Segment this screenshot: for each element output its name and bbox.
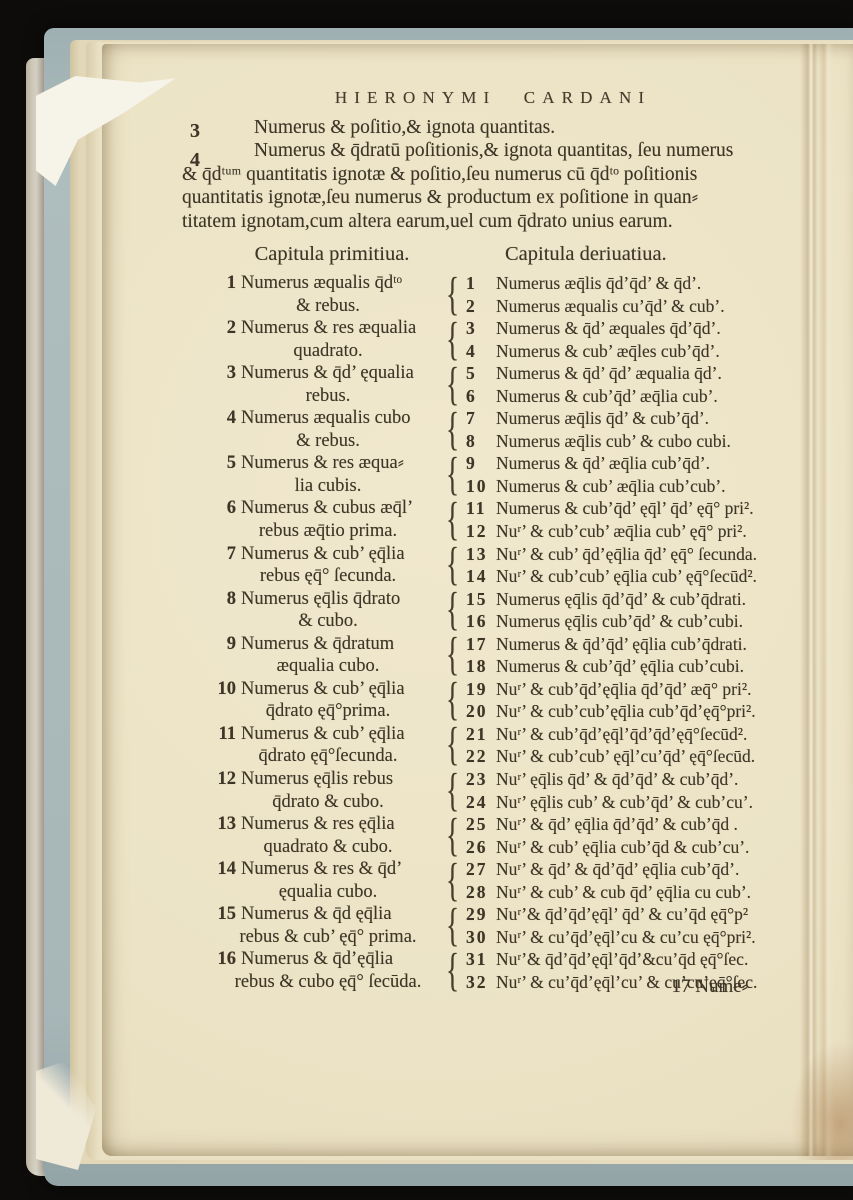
entry-number: 27 xyxy=(466,858,496,881)
entry-number: 2 xyxy=(466,295,496,318)
entry-text: Nuʳ’& q̄d’q̄d’ęq̄l’ q̄d’ & cu’q̄d ęq̄°p² xyxy=(496,904,748,924)
entry-number: 1 xyxy=(466,272,496,295)
entry-text: Numerus & cub’ ęq̄lia xyxy=(241,724,405,744)
intro-line: titatem ignotam,cum altera earum,uel cum… xyxy=(182,210,830,233)
catchword: 17 Nume⸗ xyxy=(460,976,748,998)
entry-number: 14 xyxy=(466,565,496,588)
intro-line: Numerus & poſitio,& ignota quantitas. xyxy=(182,116,830,139)
brace-icon: { xyxy=(446,767,459,813)
entry-text: Numerus æqualis cubo xyxy=(241,408,411,428)
entry-text: Numerus & res æqualia xyxy=(241,318,416,338)
entry-text: Numerus æq̄lis cub’ & cubo cubi. xyxy=(496,431,731,451)
capitula-pair-row: 10Numerus & cub’ ęq̄liaq̄drato ęq̄°prima… xyxy=(214,678,836,723)
derivative-chapter-entries: 21Nuʳ’ & cub’q̄d’ęq̄l’q̄d’q̄d’ęq̄°ſecūd²… xyxy=(466,723,836,768)
derivative-chapter-entry: 17Numerus & q̄d’q̄d’ ęq̄lia cub’q̄drati. xyxy=(466,633,836,656)
derivative-chapter-entry: 7Numerus æq̄lis q̄d’ & cub’q̄d’. xyxy=(466,407,836,430)
capitula-pair-row: 12Numerus ęq̄lis rebusq̄drato & cubo.{23… xyxy=(214,768,836,813)
entry-number: 28 xyxy=(466,881,496,904)
entry-number: 13 xyxy=(466,543,496,566)
entry-text-continuation: quadrato & cubo. xyxy=(214,836,442,859)
entry-number: 21 xyxy=(466,723,496,746)
primitive-chapter-entry: 16Numerus & q̄d’ęq̄liarebus & cubo ęq̄° … xyxy=(214,948,442,993)
entry-number: 7 xyxy=(214,543,236,566)
intro-paragraph: Numerus & poſitio,& ignota quantitas.Num… xyxy=(182,116,830,233)
derivative-chapter-entries: 5Numerus & q̄d’ q̄d’ æqualia q̄d’.6Numer… xyxy=(466,362,836,407)
column-header-primitiua: Capitula primitiua. xyxy=(218,243,446,266)
intro-line: Numerus & q̄dratū poſitionis,& ignota qu… xyxy=(182,139,830,162)
derivative-chapter-entry: 11Numerus & cub’q̄d’ ęq̄l’ q̄d’ ęq̄° pri… xyxy=(466,497,836,520)
entry-text: Nuʳ’ & q̄d’ & q̄d’q̄d’ ęq̄lia cub’q̄d’. xyxy=(496,859,739,879)
pair-brace: { xyxy=(442,588,466,633)
brace-icon: { xyxy=(446,271,459,317)
entry-text: Numerus æqualis cu’q̄d’ & cub’. xyxy=(496,296,725,316)
capitula-pair-row: 11Numerus & cub’ ęq̄liaq̄drato ęq̄°ſecun… xyxy=(214,723,836,768)
entry-text-continuation: q̄drato ęq̄°prima. xyxy=(214,700,442,723)
derivative-chapter-entries: 13Nuʳ’ & cub’ q̄d’ęq̄lia q̄d’ ęq̄° ſecun… xyxy=(466,543,836,588)
entry-text: Numerus & q̄d’q̄d’ ęq̄lia cub’q̄drati. xyxy=(496,634,747,654)
primitive-chapter-entry: 6Numerus & cubus æq̄l’rebus æq̄tio prima… xyxy=(214,497,442,542)
derivative-chapter-entry: 27Nuʳ’ & q̄d’ & q̄d’q̄d’ ęq̄lia cub’q̄d’… xyxy=(466,858,836,881)
entry-text-continuation: æqualia cubo. xyxy=(214,655,442,678)
derivative-chapter-entries: 3Numerus & q̄d’ æquales q̄d’q̄d’.4Numeru… xyxy=(466,317,836,362)
entry-text: Numerus ęq̄lis cub’q̄d’ & cub’cubi. xyxy=(496,611,743,631)
derivative-chapter-entry: 21Nuʳ’ & cub’q̄d’ęq̄l’q̄d’q̄d’ęq̄°ſecūd²… xyxy=(466,723,836,746)
entry-text: Numerus & cub’ ęq̄lia xyxy=(241,544,405,564)
primitive-chapter-entry: 12Numerus ęq̄lis rebusq̄drato & cubo. xyxy=(214,768,442,813)
entry-number: 24 xyxy=(466,791,496,814)
entry-number: 6 xyxy=(466,385,496,408)
pair-brace: { xyxy=(442,813,466,858)
column-header-deriuatiua: Capitula deriuatiua. xyxy=(505,243,745,266)
entry-text: Nuʳ’ & cub’q̄d’ęq̄lia q̄d’q̄d’ æq̄° pri²… xyxy=(496,679,751,699)
entry-number: 4 xyxy=(466,340,496,363)
derivative-chapter-entry: 10Numerus & cub’ æq̄lia cub’cub’. xyxy=(466,475,836,498)
primitive-chapter-entry: 2Numerus & res æqualiaquadrato. xyxy=(214,317,442,362)
entry-text: Numerus æq̄lis q̄d’ & cub’q̄d’. xyxy=(496,408,709,428)
derivative-chapter-entries: 27Nuʳ’ & q̄d’ & q̄d’q̄d’ ęq̄lia cub’q̄d’… xyxy=(466,858,836,903)
entry-number: 31 xyxy=(466,948,496,971)
entry-text: Numerus æq̄lis q̄d’q̄d’ & q̄d’. xyxy=(496,273,701,293)
brace-icon: { xyxy=(446,452,459,498)
entry-text: Numerus & res æqua⸗ xyxy=(241,453,404,473)
brace-icon: { xyxy=(446,677,459,723)
entry-number: 3 xyxy=(214,362,236,385)
pair-brace: { xyxy=(442,407,466,452)
printed-text-layer: HIERONYMI CARDANI 3 4 Numerus & poſitio,… xyxy=(0,0,853,1200)
entry-number: 22 xyxy=(466,745,496,768)
derivative-chapter-entry: 18Numerus & cub’q̄d’ ęq̄lia cub’cubi. xyxy=(466,655,836,678)
brace-icon: { xyxy=(446,542,459,588)
derivative-chapter-entry: 14Nuʳ’ & cub’cub’ ęq̄lia cub’ ęq̄°ſecūd²… xyxy=(466,565,836,588)
derivative-chapter-entry: 3Numerus & q̄d’ æquales q̄d’q̄d’. xyxy=(466,317,836,340)
pair-brace: { xyxy=(442,858,466,903)
primitive-chapter-entry: 8Numerus ęq̄lis q̄drato& cubo. xyxy=(214,588,442,633)
capitula-pair-row: 7Numerus & cub’ ęq̄liarebus ęq̄° ſecunda… xyxy=(214,543,836,588)
entry-text: Nuʳ’ & cub’ ęq̄lia cub’q̄d & cub’cu’. xyxy=(496,837,749,857)
entry-number: 14 xyxy=(214,858,236,881)
derivative-chapter-entry: 5Numerus & q̄d’ q̄d’ æqualia q̄d’. xyxy=(466,362,836,385)
capitula-pair-row: 9Numerus & q̄dratumæqualia cubo.{17Numer… xyxy=(214,633,836,678)
intro-line: & q̄dᵗᵘᵐ quantitatis ignotæ & poſitio,ſe… xyxy=(182,163,830,186)
entry-number: 5 xyxy=(466,362,496,385)
derivative-chapter-entries: 23Nuʳ’ ęq̄lis q̄d’ & q̄d’q̄d’ & cub’q̄d’… xyxy=(466,768,836,813)
primitive-chapter-entry: 15Numerus & q̄d ęq̄liarebus & cub’ ęq̄° … xyxy=(214,903,442,948)
entry-number: 10 xyxy=(214,678,236,701)
pair-brace: { xyxy=(442,497,466,542)
primitive-chapter-entry: 14Numerus & res & q̄d’ęqualia cubo. xyxy=(214,858,442,903)
entry-number: 11 xyxy=(466,497,496,520)
entry-text: Numerus & res ęq̄lia xyxy=(241,814,395,834)
entry-text-continuation: rebus. xyxy=(214,385,442,408)
derivative-chapter-entries: 11Numerus & cub’q̄d’ ęq̄l’ q̄d’ ęq̄° pri… xyxy=(466,497,836,542)
brace-icon: { xyxy=(446,948,459,994)
primitive-chapter-entry: 11Numerus & cub’ ęq̄liaq̄drato ęq̄°ſecun… xyxy=(214,723,442,768)
primitive-chapter-entry: 5Numerus & res æqua⸗lia cubis. xyxy=(214,452,442,497)
entry-number: 15 xyxy=(466,588,496,611)
entry-text: Numerus & cub’q̄d’ ęq̄lia cub’cubi. xyxy=(496,656,744,676)
capitula-pair-row: 8Numerus ęq̄lis q̄drato& cubo.{15Numerus… xyxy=(214,588,836,633)
entry-text-continuation: & cubo. xyxy=(214,610,442,633)
entry-number: 19 xyxy=(466,678,496,701)
entry-text-continuation: ęqualia cubo. xyxy=(214,881,442,904)
derivative-chapter-entry: 2Numerus æqualis cu’q̄d’ & cub’. xyxy=(466,295,836,318)
entry-text-continuation: & rebus. xyxy=(214,295,442,318)
entry-text: Numerus & q̄d’ęq̄lia xyxy=(241,949,393,969)
brace-icon: { xyxy=(446,317,459,363)
entry-number: 8 xyxy=(466,430,496,453)
derivative-chapter-entry: 20Nuʳ’ & cub’cub’ęq̄lia cub’q̄d’ęq̄°pri²… xyxy=(466,700,836,723)
entry-text: Numerus & cub’ æq̄lia cub’cub’. xyxy=(496,476,726,496)
derivative-chapter-entry: 19Nuʳ’ & cub’q̄d’ęq̄lia q̄d’q̄d’ æq̄° pr… xyxy=(466,678,836,701)
brace-icon: { xyxy=(446,813,459,859)
derivative-chapter-entry: 16Numerus ęq̄lis cub’q̄d’ & cub’cubi. xyxy=(466,610,836,633)
entry-text: Nuʳ’ & cub’cub’ ęq̄l’cu’q̄d’ ęq̄°ſecūd. xyxy=(496,746,755,766)
derivative-chapter-entries: 25Nuʳ’ & q̄d’ ęq̄lia q̄d’q̄d’ & cub’q̄d … xyxy=(466,813,836,858)
entry-text: Nuʳ’ & cub’cub’ æq̄lia cub’ ęq̄° pri². xyxy=(496,521,747,541)
entry-number: 15 xyxy=(214,903,236,926)
entry-number: 10 xyxy=(466,475,496,498)
entry-text: Numerus & q̄dratum xyxy=(241,634,394,654)
entry-number: 12 xyxy=(214,768,236,791)
entry-number: 25 xyxy=(466,813,496,836)
capitula-pair-row: 14Numerus & res & q̄d’ęqualia cubo.{27Nu… xyxy=(214,858,836,903)
derivative-chapter-entry: 24Nuʳ’ ęq̄lis cub’ & cub’q̄d’ & cub’cu’. xyxy=(466,791,836,814)
entry-number: 8 xyxy=(214,588,236,611)
entry-text-continuation: rebus æq̄tio prima. xyxy=(214,520,442,543)
primitive-chapter-entry: 10Numerus & cub’ ęq̄liaq̄drato ęq̄°prima… xyxy=(214,678,442,723)
capitula-pair-row: 15Numerus & q̄d ęq̄liarebus & cub’ ęq̄° … xyxy=(214,903,836,948)
derivative-chapter-entry: 4Numerus & cub’ æq̄les cub’q̄d’. xyxy=(466,340,836,363)
entry-text: Numerus & cub’q̄d’ æq̄lia cub’. xyxy=(496,386,718,406)
entry-text: Numerus æqualis q̄dᵗᵒ xyxy=(241,273,402,293)
entry-number: 13 xyxy=(214,813,236,836)
entry-text-continuation: quadrato. xyxy=(214,340,442,363)
entry-text-continuation: lia cubis. xyxy=(214,475,442,498)
running-head: HIERONYMI CARDANI xyxy=(183,88,803,108)
entry-number: 4 xyxy=(214,407,236,430)
entry-number: 9 xyxy=(214,633,236,656)
derivative-chapter-entry: 8Numerus æq̄lis cub’ & cubo cubi. xyxy=(466,430,836,453)
capitula-table: 1Numerus æqualis q̄dᵗᵒ& rebus.{1Numerus … xyxy=(214,272,836,994)
derivative-chapter-entry: 28Nuʳ’ & cub’ & cub q̄d’ ęq̄lia cu cub’. xyxy=(466,881,836,904)
entry-number: 9 xyxy=(466,452,496,475)
entry-text: Numerus & cub’ ęq̄lia xyxy=(241,679,405,699)
pair-brace: { xyxy=(442,543,466,588)
entry-text: Numerus & q̄d’ ęqualia xyxy=(241,363,414,383)
derivative-chapter-entry: 30Nuʳ’ & cu’q̄d’ęq̄l’cu & cu’cu ęq̄°pri²… xyxy=(466,926,836,949)
derivative-chapter-entry: 23Nuʳ’ ęq̄lis q̄d’ & q̄d’q̄d’ & cub’q̄d’… xyxy=(466,768,836,791)
brace-icon: { xyxy=(446,903,459,949)
derivative-chapter-entry: 26Nuʳ’ & cub’ ęq̄lia cub’q̄d & cub’cu’. xyxy=(466,836,836,859)
brace-icon: { xyxy=(446,497,459,543)
entry-text: Nuʳ’ & cub’cub’ ęq̄lia cub’ ęq̄°ſecūd². xyxy=(496,566,757,586)
primitive-chapter-entry: 7Numerus & cub’ ęq̄liarebus ęq̄° ſecunda… xyxy=(214,543,442,588)
derivative-chapter-entry: 9Numerus & q̄d’ æq̄lia cub’q̄d’. xyxy=(466,452,836,475)
entry-number: 3 xyxy=(466,317,496,340)
entry-number: 6 xyxy=(214,497,236,520)
derivative-chapter-entries: 1Numerus æq̄lis q̄d’q̄d’ & q̄d’.2Numerus… xyxy=(466,272,836,317)
entry-text: Numerus ęq̄lis rebus xyxy=(241,769,393,789)
entry-text: Nuʳ’ ęq̄lis q̄d’ & q̄d’q̄d’ & cub’q̄d’. xyxy=(496,769,738,789)
capitula-pair-row: 6Numerus & cubus æq̄l’rebus æq̄tio prima… xyxy=(214,497,836,542)
entry-text-continuation: rebus & cubo ęq̄° ſecūda. xyxy=(214,971,442,994)
derivative-chapter-entry: 25Nuʳ’ & q̄d’ ęq̄lia q̄d’q̄d’ & cub’q̄d … xyxy=(466,813,836,836)
pair-brace: { xyxy=(442,452,466,497)
entry-number: 12 xyxy=(466,520,496,543)
brace-icon: { xyxy=(446,722,459,768)
pair-brace: { xyxy=(442,317,466,362)
entry-number: 1 xyxy=(214,272,236,295)
brace-icon: { xyxy=(446,858,459,904)
derivative-chapter-entry: 13Nuʳ’ & cub’ q̄d’ęq̄lia q̄d’ ęq̄° ſecun… xyxy=(466,543,836,566)
entry-number: 7 xyxy=(466,407,496,430)
derivative-chapter-entry: 31Nuʳ’& q̄d’q̄d’ęq̄l’q̄d’&cu’q̄d ęq̄°ſec… xyxy=(466,948,836,971)
entry-text: Nuʳ’& q̄d’q̄d’ęq̄l’q̄d’&cu’q̄d ęq̄°ſec. xyxy=(496,949,748,969)
entry-number: 11 xyxy=(214,723,236,746)
entry-text: Nuʳ’ ęq̄lis cub’ & cub’q̄d’ & cub’cu’. xyxy=(496,792,753,812)
entry-text: Numerus ęq̄lis q̄drato xyxy=(241,589,400,609)
primitive-chapter-entry: 9Numerus & q̄dratumæqualia cubo. xyxy=(214,633,442,678)
entry-text: Numerus & cubus æq̄l’ xyxy=(241,498,413,518)
entry-text: Nuʳ’ & cub’ & cub q̄d’ ęq̄lia cu cub’. xyxy=(496,882,751,902)
pair-brace: { xyxy=(442,362,466,407)
entry-number: 23 xyxy=(466,768,496,791)
entry-number: 18 xyxy=(466,655,496,678)
entry-text: Numerus & cub’ æq̄les cub’q̄d’. xyxy=(496,341,720,361)
entry-text-continuation: & rebus. xyxy=(214,430,442,453)
primitive-chapter-entry: 1Numerus æqualis q̄dᵗᵒ& rebus. xyxy=(214,272,442,317)
derivative-chapter-entries: 15Numerus ęq̄lis q̄d’q̄d’ & cub’q̄drati.… xyxy=(466,588,836,633)
derivative-chapter-entries: 17Numerus & q̄d’q̄d’ ęq̄lia cub’q̄drati.… xyxy=(466,633,836,678)
primitive-chapter-entry: 4Numerus æqualis cubo& rebus. xyxy=(214,407,442,452)
entry-number: 30 xyxy=(466,926,496,949)
entry-text: Nuʳ’ & cub’ q̄d’ęq̄lia q̄d’ ęq̄° ſecunda… xyxy=(496,544,757,564)
entry-number: 20 xyxy=(466,700,496,723)
entry-text: Nuʳ’ & cub’q̄d’ęq̄l’q̄d’q̄d’ęq̄°ſecūd². xyxy=(496,724,747,744)
entry-number: 16 xyxy=(466,610,496,633)
capitula-pair-row: 2Numerus & res æqualiaquadrato.{3Numerus… xyxy=(214,317,836,362)
entry-text: Numerus & cub’q̄d’ ęq̄l’ q̄d’ ęq̄° pri². xyxy=(496,498,754,518)
entry-number: 17 xyxy=(466,633,496,656)
entry-text-continuation: rebus ęq̄° ſecunda. xyxy=(214,565,442,588)
derivative-chapter-entries: 9Numerus & q̄d’ æq̄lia cub’q̄d’.10Numeru… xyxy=(466,452,836,497)
brace-icon: { xyxy=(446,407,459,453)
pair-brace: { xyxy=(442,723,466,768)
derivative-chapter-entry: 6Numerus & cub’q̄d’ æq̄lia cub’. xyxy=(466,385,836,408)
entry-text: Numerus & q̄d’ æq̄lia cub’q̄d’. xyxy=(496,453,710,473)
entry-text-continuation: q̄drato & cubo. xyxy=(214,791,442,814)
pair-brace: { xyxy=(442,678,466,723)
entry-text: Nuʳ’ & q̄d’ ęq̄lia q̄d’q̄d’ & cub’q̄d . xyxy=(496,814,738,834)
capitula-pair-row: 4Numerus æqualis cubo& rebus.{7Numerus æ… xyxy=(214,407,836,452)
brace-icon: { xyxy=(446,362,459,408)
pair-brace: { xyxy=(442,903,466,948)
entry-number: 5 xyxy=(214,452,236,475)
entry-text-continuation: q̄drato ęq̄°ſecunda. xyxy=(214,745,442,768)
entry-text: Nuʳ’ & cub’cub’ęq̄lia cub’q̄d’ęq̄°pri². xyxy=(496,701,756,721)
intro-line: quantitatis ignotæ,ſeu numerus & product… xyxy=(182,186,830,209)
pair-brace: { xyxy=(442,633,466,678)
primitive-chapter-entry: 13Numerus & res ęq̄liaquadrato & cubo. xyxy=(214,813,442,858)
entry-text: Numerus ęq̄lis q̄d’q̄d’ & cub’q̄drati. xyxy=(496,589,746,609)
derivative-chapter-entry: 12Nuʳ’ & cub’cub’ æq̄lia cub’ ęq̄° pri². xyxy=(466,520,836,543)
entry-text: Numerus & res & q̄d’ xyxy=(241,859,402,879)
entry-number: 29 xyxy=(466,903,496,926)
entry-number: 26 xyxy=(466,836,496,859)
entry-text: Numerus & q̄d’ q̄d’ æqualia q̄d’. xyxy=(496,363,722,383)
entry-text: Numerus & q̄d ęq̄lia xyxy=(241,904,392,924)
capitula-pair-row: 13Numerus & res ęq̄liaquadrato & cubo.{2… xyxy=(214,813,836,858)
brace-icon: { xyxy=(446,632,459,678)
derivative-chapter-entry: 22Nuʳ’ & cub’cub’ ęq̄l’cu’q̄d’ ęq̄°ſecūd… xyxy=(466,745,836,768)
derivative-chapter-entries: 7Numerus æq̄lis q̄d’ & cub’q̄d’.8Numerus… xyxy=(466,407,836,452)
primitive-chapter-entry: 3Numerus & q̄d’ ęqualiarebus. xyxy=(214,362,442,407)
pair-brace: { xyxy=(442,768,466,813)
entry-text: Numerus & q̄d’ æquales q̄d’q̄d’. xyxy=(496,318,721,338)
capitula-pair-row: 5Numerus & res æqua⸗lia cubis.{9Numerus … xyxy=(214,452,836,497)
brace-icon: { xyxy=(446,587,459,633)
capitula-pair-row: 3Numerus & q̄d’ ęqualiarebus.{5Numerus &… xyxy=(214,362,836,407)
entry-number: 2 xyxy=(214,317,236,340)
entry-text-continuation: rebus & cub’ ęq̄° prima. xyxy=(214,926,442,949)
derivative-chapter-entries: 19Nuʳ’ & cub’q̄d’ęq̄lia q̄d’q̄d’ æq̄° pr… xyxy=(466,678,836,723)
pair-brace: { xyxy=(442,272,466,317)
capitula-pair-row: 1Numerus æqualis q̄dᵗᵒ& rebus.{1Numerus … xyxy=(214,272,836,317)
derivative-chapter-entry: 15Numerus ęq̄lis q̄d’q̄d’ & cub’q̄drati. xyxy=(466,588,836,611)
entry-text: Nuʳ’ & cu’q̄d’ęq̄l’cu & cu’cu ęq̄°pri². xyxy=(496,927,756,947)
entry-number: 16 xyxy=(214,948,236,971)
derivative-chapter-entry: 1Numerus æq̄lis q̄d’q̄d’ & q̄d’. xyxy=(466,272,836,295)
derivative-chapter-entry: 29Nuʳ’& q̄d’q̄d’ęq̄l’ q̄d’ & cu’q̄d ęq̄°… xyxy=(466,903,836,926)
derivative-chapter-entries: 29Nuʳ’& q̄d’q̄d’ęq̄l’ q̄d’ & cu’q̄d ęq̄°… xyxy=(466,903,836,948)
